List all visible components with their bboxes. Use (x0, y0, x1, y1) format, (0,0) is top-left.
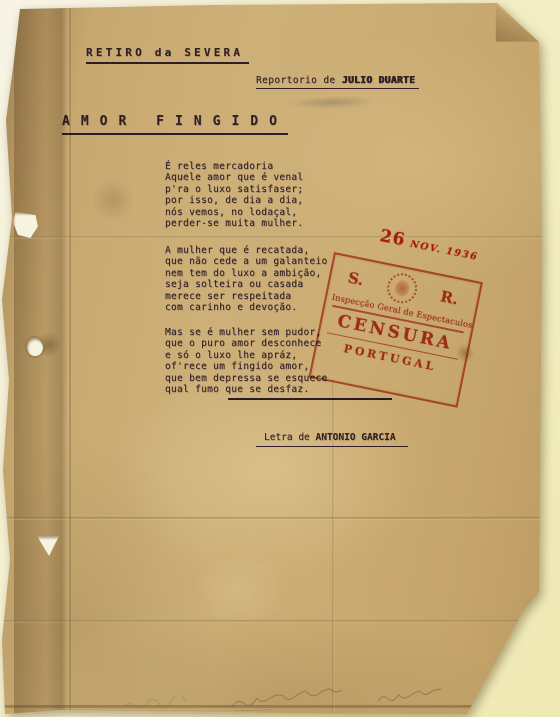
edge-tear (13, 212, 38, 238)
paper-surface: RETIRO da SEVERA Reportorio de JULIO DUA… (0, 0, 560, 717)
edge-tear (37, 536, 59, 556)
stamp-initial-r: R. (439, 287, 460, 308)
credit-prefix: Letra de (264, 432, 315, 443)
stanza-3: Mas se é mulher sem pudor, que o puro am… (165, 327, 328, 395)
vertical-crease (332, 380, 335, 717)
credit-name: ANTONIO GARCIA (315, 432, 395, 443)
left-fold-shading (14, 0, 72, 717)
document-title: RETIRO da SEVERA (86, 46, 249, 64)
repertoire-prefix: Reportorio de (256, 75, 342, 86)
emblem-core (394, 279, 411, 297)
paper-stain (180, 560, 300, 620)
paper-stain (36, 330, 62, 360)
corner-fold-shadow (440, 590, 560, 717)
song-title: AMOR FINGIDO (62, 114, 288, 135)
paper-hole (27, 338, 43, 356)
date-stamp-day: 26 (378, 226, 407, 251)
handwritten-annotation (228, 685, 459, 717)
coat-of-arms-icon (384, 271, 419, 306)
paper-stain (90, 180, 136, 220)
handwritten-mark (120, 696, 190, 714)
bottom-edge-shadow (0, 705, 560, 708)
stanza-2: A mulher que é recatada, que não cede a … (165, 245, 328, 313)
censorship-stamp: S. R. Inspecção Geral de Espectaculos CE… (308, 252, 482, 408)
folded-corner-bottom-right (462, 640, 557, 717)
folded-corner-top-right (494, 3, 539, 45)
horizontal-crease (0, 620, 560, 623)
left-fold-crease (69, 6, 71, 712)
repertoire-line: Reportorio de JULIO DUARTE (256, 75, 419, 89)
repertoire-name: JULIO DUARTE (342, 75, 415, 86)
scan-background: RETIRO da SEVERA Reportorio de JULIO DUA… (0, 0, 560, 717)
credit-line: Letra de ANTONIO GARCIA (256, 432, 408, 447)
stanza-1: É reles mercadoria Aquele amor que é ven… (165, 161, 303, 229)
horizontal-crease (0, 236, 560, 239)
typed-rule-line (228, 398, 392, 400)
stamp-initial-s: S. (346, 269, 365, 290)
date-stamp: 26 NOV. 1936 (378, 226, 480, 265)
date-stamp-month-year: NOV. 1936 (409, 239, 479, 263)
pencil-smudge (288, 94, 376, 110)
paper-sheet: RETIRO da SEVERA Reportorio de JULIO DUA… (0, 0, 560, 717)
horizontal-crease (0, 517, 560, 520)
